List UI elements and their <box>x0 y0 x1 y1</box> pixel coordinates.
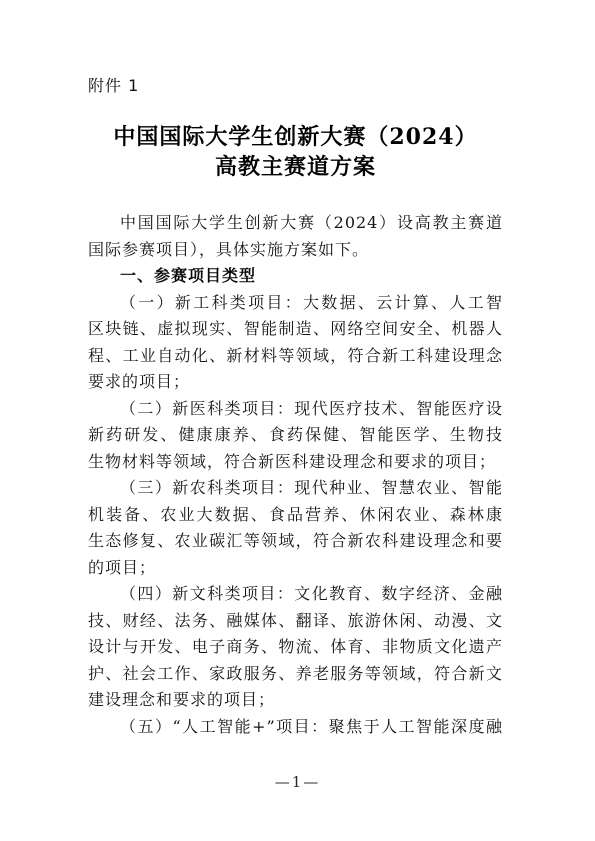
text-line: （四）新文科类项目：文化教育、数字经济、金融科 <box>88 581 503 608</box>
text-line: 一、参赛项目类型 <box>88 263 503 290</box>
text-line: 生态修复、农业碳汇等领域，符合新农科建设理念和要求 <box>88 528 503 555</box>
document-page: 附件 1 中国国际大学生创新大赛（2024） 高教主赛道方案 中国国际大学生创新… <box>0 0 595 841</box>
text-line: 要求的项目； <box>88 369 503 396</box>
text-line: （五）“人工智能+”项目：聚焦于人工智能深度融合 <box>88 714 503 741</box>
document-title: 中国国际大学生创新大赛（2024） 高教主赛道方案 <box>88 122 503 182</box>
text-line: 的项目； <box>88 555 503 582</box>
paragraph: （四）新文科类项目：文化教育、数字经济、金融科技、财经、法务、融媒体、翻译、旅游… <box>88 581 503 714</box>
page-footer: —1— <box>0 772 595 791</box>
text-line: 新药研发、健康康养、食药保健、智能医学、生物技术、 <box>88 422 503 449</box>
text-line: 生物材料等领域，符合新医科建设理念和要求的项目； <box>88 449 503 476</box>
paragraph: （二）新医科类项目：现代医疗技术、智能医疗设备、新药研发、健康康养、食药保健、智… <box>88 396 503 476</box>
title-line-1: 中国国际大学生创新大赛（2024） <box>88 122 503 152</box>
text-line: 护、社会工作、家政服务、养老服务等领域，符合新文科 <box>88 661 503 688</box>
attachment-label: 附件 1 <box>88 76 503 96</box>
text-line: 程、工业自动化、新材料等领域，符合新工科建设理念和 <box>88 343 503 370</box>
paragraph: （一）新工科类项目：大数据、云计算、人工智能、区块链、虚拟现实、智能制造、网络空… <box>88 290 503 396</box>
title-line-2: 高教主赛道方案 <box>88 152 503 182</box>
paragraph: 中国国际大学生创新大赛（2024）设高教主赛道（含国际参赛项目），具体实施方案如… <box>88 210 503 263</box>
text-line: （三）新农科类项目：现代种业、智慧农业、智能农 <box>88 475 503 502</box>
paragraph: （五）“人工智能+”项目：聚焦于人工智能深度融合 <box>88 714 503 741</box>
document-body: 中国国际大学生创新大赛（2024）设高教主赛道（含国际参赛项目），具体实施方案如… <box>88 210 503 740</box>
paragraph: （三）新农科类项目：现代种业、智慧农业、智能农机装备、农业大数据、食品营养、休闲… <box>88 475 503 581</box>
text-line: 技、财经、法务、融媒体、翻译、旅游休闲、动漫、文创 <box>88 608 503 635</box>
text-line: 中国国际大学生创新大赛（2024）设高教主赛道（含 <box>88 210 503 237</box>
page-number: —1— <box>275 773 321 791</box>
text-line: （一）新工科类项目：大数据、云计算、人工智能、 <box>88 290 503 317</box>
text-line: 国际参赛项目），具体实施方案如下。 <box>88 237 503 264</box>
text-line: 建设理念和要求的项目； <box>88 687 503 714</box>
text-line: （二）新医科类项目：现代医疗技术、智能医疗设备、 <box>88 396 503 423</box>
text-line: 设计与开发、电子商务、物流、体育、非物质文化遗产保 <box>88 634 503 661</box>
text-line: 机装备、农业大数据、食品营养、休闲农业、森林康养、 <box>88 502 503 529</box>
text-line: 区块链、虚拟现实、智能制造、网络空间安全、机器人工 <box>88 316 503 343</box>
section-heading: 一、参赛项目类型 <box>88 263 503 290</box>
